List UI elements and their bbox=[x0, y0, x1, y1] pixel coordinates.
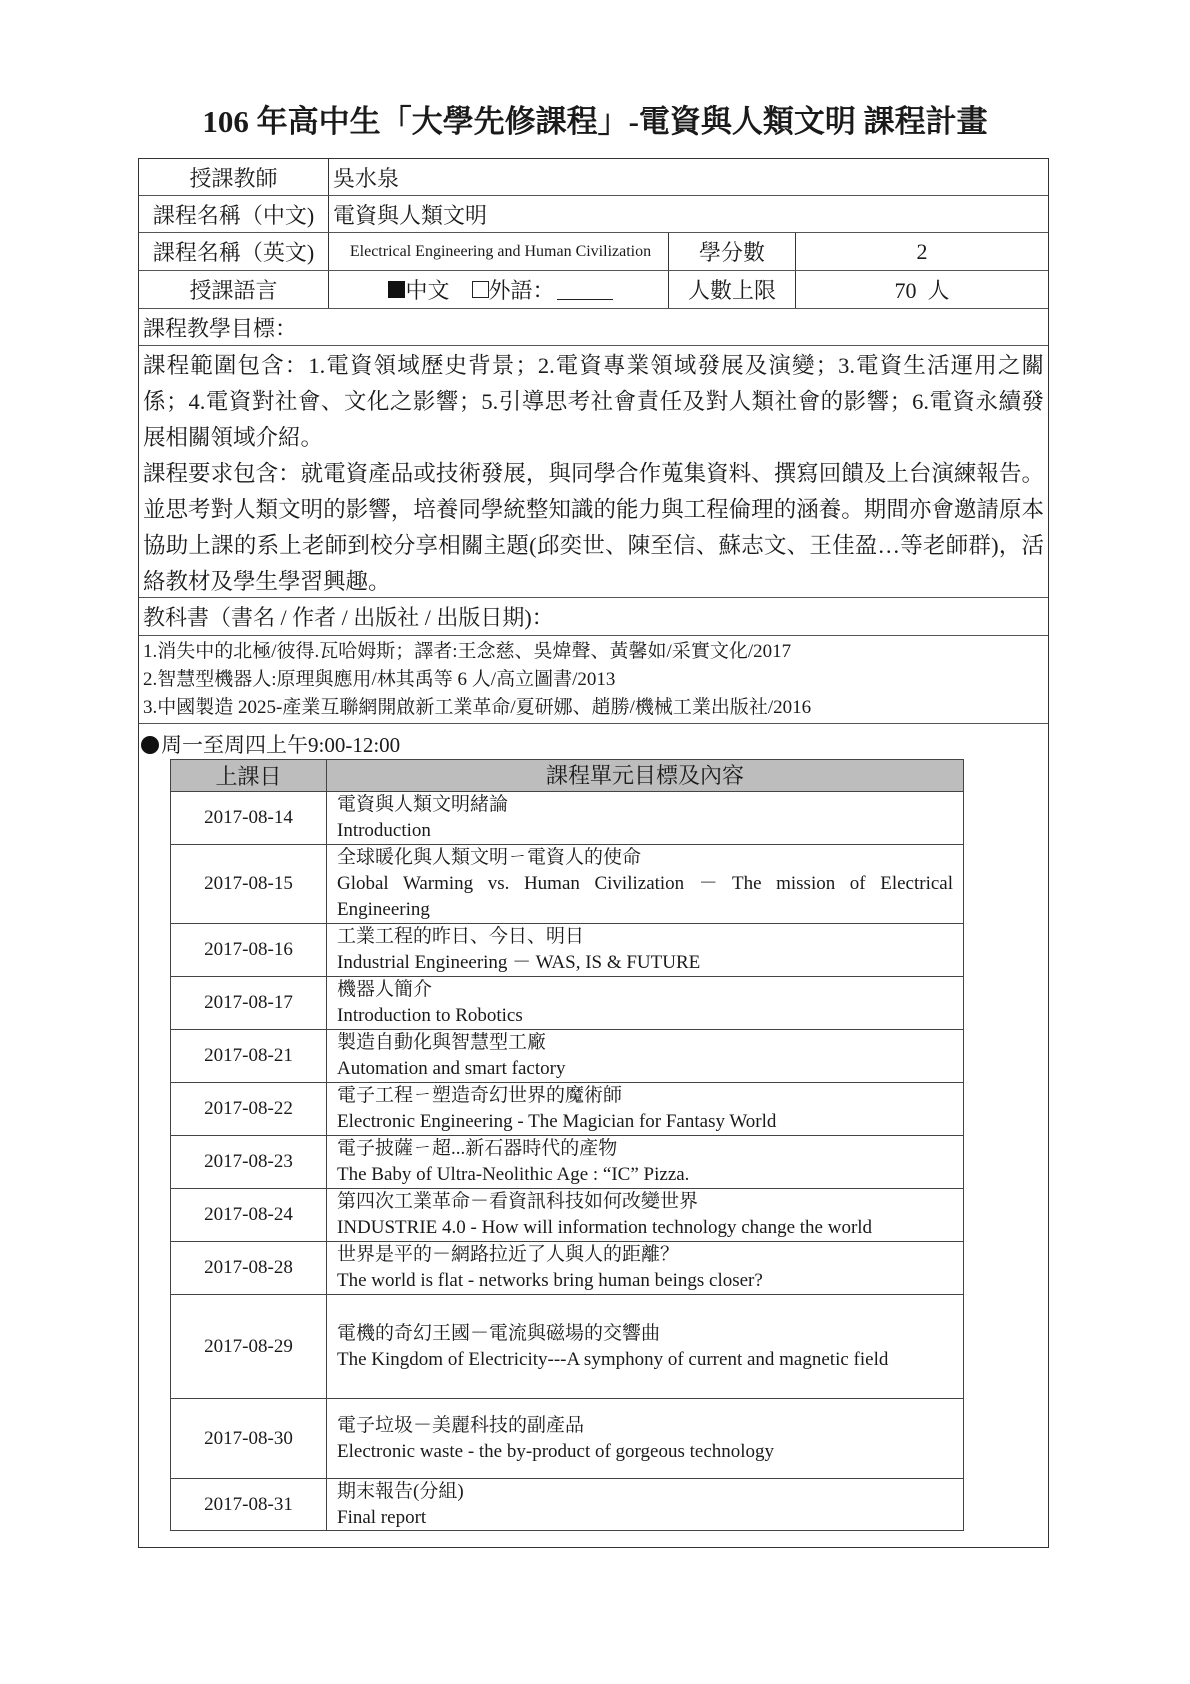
session-date: 2017-08-22 bbox=[171, 1083, 327, 1135]
objectives-scope: 課程範圍包含：1.電資領域歷史背景；2.電資專業領域發展及演變；3.電資生活運用… bbox=[143, 348, 1044, 456]
session-title-en: Final report bbox=[337, 1505, 953, 1531]
schedule-time-text: 周一至周四上午9:00-12:00 bbox=[161, 733, 400, 757]
session-content: 電子披薩ㄧ超...新石器時代的產物 The Baby of Ultra-Neol… bbox=[327, 1136, 963, 1188]
session-title-zh: 電機的奇幻王國－電流與磁場的交響曲 bbox=[337, 1321, 953, 1347]
schedule-row: 2017-08-31 期末報告(分組) Final report bbox=[171, 1479, 963, 1530]
session-date: 2017-08-29 bbox=[171, 1295, 327, 1398]
row-objectives-body: 課程範圍包含：1.電資領域歷史背景；2.電資專業領域發展及演變；3.電資生活運用… bbox=[139, 346, 1048, 598]
session-date: 2017-08-24 bbox=[171, 1189, 327, 1241]
schedule-header-row: 上課日 課程單元目標及內容 bbox=[171, 760, 963, 792]
session-date: 2017-08-16 bbox=[171, 924, 327, 976]
session-date: 2017-08-28 bbox=[171, 1242, 327, 1294]
foreign-language-blank bbox=[557, 279, 613, 300]
session-title-en: Global Warming vs. Human Civilization － … bbox=[337, 871, 953, 923]
schedule-row: 2017-08-17 機器人簡介 Introduction to Robotic… bbox=[171, 977, 963, 1030]
session-title-zh: 全球暖化與人類文明ㄧ電資人的使命 bbox=[337, 845, 953, 871]
teacher-label: 授課教師 bbox=[139, 159, 328, 195]
session-content: 電機的奇幻王國－電流與磁場的交響曲 The Kingdom of Electri… bbox=[327, 1295, 963, 1398]
session-date: 2017-08-21 bbox=[171, 1030, 327, 1082]
session-title-zh: 電子垃圾－美麗科技的副產品 bbox=[337, 1413, 953, 1439]
session-date: 2017-08-14 bbox=[171, 792, 327, 844]
row-language: 授課語言 中文 外語： 人數上限 70 人 bbox=[139, 271, 1048, 309]
session-content: 電子工程ㄧ塑造奇幻世界的魔術師 Electronic Engineering -… bbox=[327, 1083, 963, 1135]
credits-label: 學分數 bbox=[668, 233, 795, 270]
schedule-row: 2017-08-24 第四次工業革命－看資訊科技如何改變世界 INDUSTRIE… bbox=[171, 1189, 963, 1242]
capacity-value: 70 人 bbox=[795, 271, 1048, 308]
session-title-zh: 第四次工業革命－看資訊科技如何改變世界 bbox=[337, 1189, 953, 1215]
session-title-en: Industrial Engineering － WAS, IS & FUTUR… bbox=[337, 950, 953, 976]
session-title-en: The Baby of Ultra-Neolithic Age : “IC” P… bbox=[337, 1162, 953, 1188]
textbook-item: 2.智慧型機器人:原理與應用/林其禹等 6 人/高立圖書/2013 bbox=[143, 666, 1044, 694]
textbook-item: 3.中國製造 2025-產業互聯網開啟新工業革命/夏研娜、趙勝/機械工業出版社/… bbox=[143, 694, 1044, 722]
session-date: 2017-08-17 bbox=[171, 977, 327, 1029]
objectives-requirements: 課程要求包含：就電資產品或技術發展，與同學合作蒐集資料、撰寫回饋及上台演練報告。… bbox=[143, 456, 1044, 600]
credits-value: 2 bbox=[795, 233, 1048, 270]
session-content: 期末報告(分組) Final report bbox=[327, 1479, 963, 1530]
schedule-table: 上課日 課程單元目標及內容 2017-08-14 電資與人類文明緒論 Intro… bbox=[170, 759, 964, 1531]
session-date: 2017-08-31 bbox=[171, 1479, 327, 1530]
row-textbook-list: 1.消失中的北極/彼得.瓦哈姆斯；譯者:王念慈、吳煒聲、黃馨如/采實文化/201… bbox=[139, 636, 1048, 724]
row-textbook-label: 教科書（書名 / 作者 / 出版社 / 出版日期)： bbox=[139, 598, 1048, 636]
session-title-zh: 電子工程ㄧ塑造奇幻世界的魔術師 bbox=[337, 1083, 953, 1109]
name-zh-label: 課程名稱（中文) bbox=[139, 196, 328, 232]
session-title-en: The world is flat - networks bring human… bbox=[337, 1268, 953, 1294]
session-content: 製造自動化與智慧型工廠 Automation and smart factory bbox=[327, 1030, 963, 1082]
row-objectives-label: 課程教學目標： bbox=[139, 309, 1048, 346]
session-content: 工業工程的昨日、今日、明日 Industrial Engineering － W… bbox=[327, 924, 963, 976]
course-plan-table: 授課教師 吳水泉 課程名稱（中文) 電資與人類文明 課程名稱（英文) Elect… bbox=[138, 158, 1049, 1548]
schedule-row: 2017-08-16 工業工程的昨日、今日、明日 Industrial Engi… bbox=[171, 924, 963, 977]
session-title-zh: 電子披薩ㄧ超...新石器時代的產物 bbox=[337, 1136, 953, 1162]
session-content: 第四次工業革命－看資訊科技如何改變世界 INDUSTRIE 4.0 - How … bbox=[327, 1189, 963, 1241]
session-content: 電資與人類文明緒論 Introduction bbox=[327, 792, 963, 844]
session-content: 世界是平的－網路拉近了人與人的距離？ The world is flat - n… bbox=[327, 1242, 963, 1294]
bullet-icon bbox=[141, 736, 159, 754]
session-content: 機器人簡介 Introduction to Robotics bbox=[327, 977, 963, 1029]
session-date: 2017-08-30 bbox=[171, 1399, 327, 1478]
session-date: 2017-08-23 bbox=[171, 1136, 327, 1188]
language-options: 中文 外語： bbox=[328, 271, 668, 308]
language-label: 授課語言 bbox=[139, 271, 328, 308]
objectives-label: 課程教學目標： bbox=[139, 309, 1048, 345]
textbook-list: 1.消失中的北極/彼得.瓦哈姆斯；譯者:王念慈、吳煒聲、黃馨如/采實文化/201… bbox=[143, 638, 1044, 722]
language-chinese-label: 中文 bbox=[405, 274, 449, 305]
session-title-zh: 電資與人類文明緒論 bbox=[337, 792, 953, 818]
session-content: 全球暖化與人類文明ㄧ電資人的使命 Global Warming vs. Huma… bbox=[327, 845, 963, 923]
session-title-en: INDUSTRIE 4.0 - How will information tec… bbox=[337, 1215, 953, 1241]
session-title-zh: 工業工程的昨日、今日、明日 bbox=[337, 924, 953, 950]
name-en-label: 課程名稱（英文) bbox=[139, 233, 328, 270]
schedule-row: 2017-08-21 製造自動化與智慧型工廠 Automation and sm… bbox=[171, 1030, 963, 1083]
checkbox-chinese-checked[interactable] bbox=[388, 281, 405, 298]
header-date: 上課日 bbox=[171, 760, 327, 791]
session-title-zh: 世界是平的－網路拉近了人與人的距離？ bbox=[337, 1242, 953, 1268]
session-content: 電子垃圾－美麗科技的副產品 Electronic waste - the by-… bbox=[327, 1399, 963, 1478]
session-title-zh: 期末報告(分組) bbox=[337, 1479, 953, 1505]
schedule-row: 2017-08-15 全球暖化與人類文明ㄧ電資人的使命 Global Warmi… bbox=[171, 845, 963, 924]
capacity-label: 人數上限 bbox=[668, 271, 795, 308]
session-title-en: Electronic Engineering - The Magician fo… bbox=[337, 1109, 953, 1135]
schedule-row: 2017-08-23 電子披薩ㄧ超...新石器時代的產物 The Baby of… bbox=[171, 1136, 963, 1189]
session-title-zh: 機器人簡介 bbox=[337, 977, 953, 1003]
session-date: 2017-08-15 bbox=[171, 845, 327, 923]
name-en-value: Electrical Engineering and Human Civiliz… bbox=[328, 233, 668, 270]
header-content: 課程單元目標及內容 bbox=[327, 760, 963, 791]
schedule-row: 2017-08-14 電資與人類文明緒論 Introduction bbox=[171, 792, 963, 845]
page-title: 106 年高中生「大學先修課程」-電資與人類文明 課程計畫 bbox=[0, 96, 1190, 141]
session-title-en: Electronic waste - the by-product of gor… bbox=[337, 1439, 953, 1465]
row-name-en: 課程名稱（英文) Electrical Engineering and Huma… bbox=[139, 233, 1048, 271]
schedule-row: 2017-08-28 世界是平的－網路拉近了人與人的距離？ The world … bbox=[171, 1242, 963, 1295]
row-teacher: 授課教師 吳水泉 bbox=[139, 159, 1048, 196]
schedule-row: 2017-08-29 電機的奇幻王國－電流與磁場的交響曲 The Kingdom… bbox=[171, 1295, 963, 1399]
row-name-zh: 課程名稱（中文) 電資與人類文明 bbox=[139, 196, 1048, 233]
name-zh-value: 電資與人類文明 bbox=[328, 196, 1048, 232]
schedule-time-note: 周一至周四上午9:00-12:00 bbox=[141, 729, 400, 759]
session-title-en: Introduction bbox=[337, 818, 953, 844]
schedule-row: 2017-08-30 電子垃圾－美麗科技的副產品 Electronic wast… bbox=[171, 1399, 963, 1479]
teacher-value: 吳水泉 bbox=[328, 159, 1048, 195]
session-title-zh: 製造自動化與智慧型工廠 bbox=[337, 1030, 953, 1056]
session-title-en: Introduction to Robotics bbox=[337, 1003, 953, 1029]
session-title-en: The Kingdom of Electricity---A symphony … bbox=[337, 1347, 953, 1373]
language-foreign-label: 外語： bbox=[489, 274, 555, 305]
session-title-en: Automation and smart factory bbox=[337, 1056, 953, 1082]
textbook-item: 1.消失中的北極/彼得.瓦哈姆斯；譯者:王念慈、吳煒聲、黃馨如/采實文化/201… bbox=[143, 638, 1044, 666]
textbook-label: 教科書（書名 / 作者 / 出版社 / 出版日期)： bbox=[139, 598, 1048, 635]
checkbox-foreign-unchecked[interactable] bbox=[472, 281, 489, 298]
schedule-row: 2017-08-22 電子工程ㄧ塑造奇幻世界的魔術師 Electronic En… bbox=[171, 1083, 963, 1136]
